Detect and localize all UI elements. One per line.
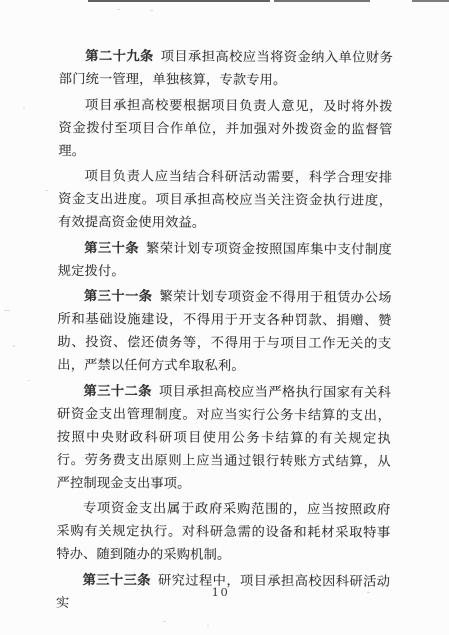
paragraph-article-29: 第二十九条项目承担高校应当将资金纳入单位财务部门统一管理，单独核算，专款专用。	[59, 45, 393, 93]
article-text: 项目承担高校应当严格执行国家有关科研资金支出管理制度。对应当实行公务卡结算的支出…	[57, 384, 392, 491]
scan-artifact-top-line	[412, 0, 449, 2]
article-number: 第二十九条	[85, 49, 153, 64]
article-text: 项目负责人应当结合科研活动需要，科学合理安排资金支出进度。项目承担高校应当关注资…	[58, 169, 392, 231]
paragraph-article-32: 第三十二条项目承担高校应当严格执行国家有关科研资金支出管理制度。对应当实行公务卡…	[57, 379, 392, 496]
paragraph: 项目负责人应当结合科研活动需要，科学合理安排资金支出进度。项目承担高校应当关注资…	[58, 165, 392, 236]
article-number: 第三十条	[84, 241, 139, 256]
scan-speck	[28, 380, 30, 381]
scan-speck	[163, 621, 166, 622]
article-number: 第三十二条	[84, 384, 152, 399]
scan-speck	[207, 625, 209, 626]
document-body: 第二十九条项目承担高校应当将资金纳入单位财务部门统一管理，单独核算，专款专用。 …	[56, 45, 393, 619]
scan-speck	[4, 310, 10, 311]
scan-speck	[23, 108, 25, 109]
paragraph: 专项资金支出属于政府采购范围的，应当按照政府采购有关规定执行。对科研急需的设备和…	[56, 497, 390, 568]
paragraph-article-31: 第三十一条繁荣计划专项资金不得用于租赁办公场所和基础设施建设，不得用于开支各种罚…	[57, 285, 391, 379]
scan-speck	[45, 190, 48, 191]
article-text: 专项资金支出属于政府采购范围的，应当按照政府采购有关规定执行。对科研急需的设备和…	[56, 501, 390, 563]
scanned-document-page: 第二十九条项目承担高校应当将资金纳入单位财务部门统一管理，单独核算，专款专用。 …	[0, 0, 449, 635]
scan-speck	[13, 345, 15, 347]
paragraph-article-30: 第三十条繁荣计划专项资金按照国库集中支付制度规定拨付。	[58, 236, 392, 284]
article-number: 第三十一条	[84, 289, 152, 304]
scan-artifact-top-line	[88, 0, 270, 2]
article-text: 项目承担高校要根据项目负责人意见，及时将外拨资金拨付至项目合作单位，并加强对外拨…	[58, 98, 392, 159]
scan-speck	[150, 10, 153, 11]
scan-artifact-top-line	[274, 0, 370, 2]
page-number: 10	[0, 585, 441, 599]
paragraph: 项目承担高校要根据项目负责人意见，及时将外拨资金拨付至项目合作单位，并加强对外拨…	[58, 93, 392, 164]
scan-speck	[117, 9, 120, 10]
